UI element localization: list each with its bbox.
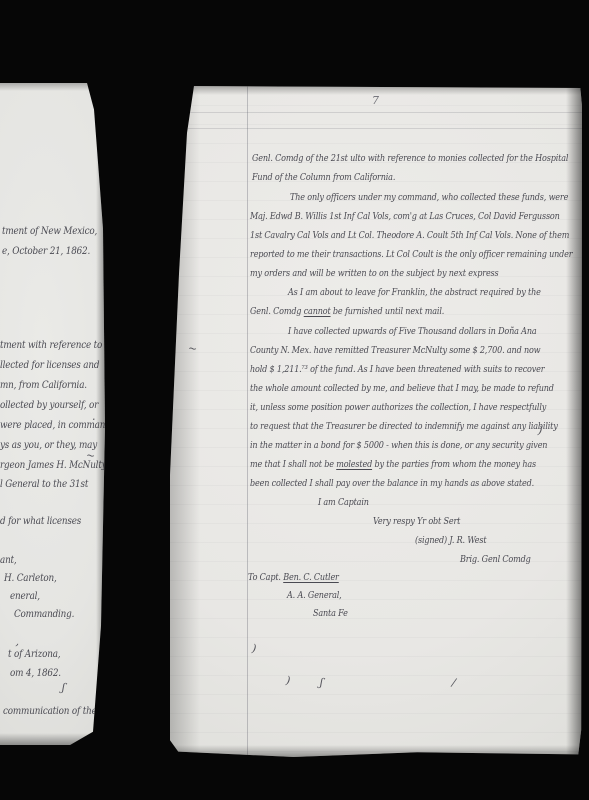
top-rule-line-2 [188,128,582,129]
handwritten-line: 1st Cavalry Cal Vols and Lt Col. Theodor… [250,230,569,241]
ink-mark: ʃ [319,676,324,689]
handwritten-line: Genl. Comdg of the 21st ulto with refere… [252,153,568,164]
ink-mark: / [451,676,456,689]
handwritten-fragment: llected for licenses and [0,360,99,371]
handwritten-line: to request that the Treasurer be directe… [250,421,558,432]
handwritten-line: my orders and will be written to on the … [250,268,499,279]
handwritten-line: the whole amount collected by me, and be… [250,383,554,394]
ink-mark: ~ [187,341,198,355]
right-page: 7 Genl. Comdg of the 21st ulto with refe… [170,86,582,757]
handwritten-fragment: tment of New Mexico, [2,226,97,237]
handwritten-fragment: eneral, [10,591,40,602]
handwritten-fragment: ant, [0,555,17,566]
handwritten-fragment: communication of the [3,706,97,717]
handwritten-line: Genl. Comdg cannot be furnished until ne… [250,306,444,317]
left-page: tment of New Mexico,e, October 21, 1862.… [0,83,106,745]
handwritten-line: Maj. Edwd B. Willis 1st Inf Cal Vols, co… [250,211,560,222]
handwritten-line: it, unless some position power authorize… [250,402,546,413]
ink-mark: ʃ [61,681,66,694]
handwritten-line: reported to me their transactions. Lt Co… [250,249,572,260]
ink-mark: , [15,635,20,648]
handwritten-line: A. A. General, [287,590,342,601]
handwritten-line: Brig. Genl Comdg [460,554,531,565]
handwritten-fragment: mn, from California. [0,380,87,391]
handwritten-line: The only officers under my command, who … [290,192,568,203]
handwritten-fragment: e, October 21, 1862. [2,246,90,257]
ink-mark: ) [251,642,257,655]
handwritten-fragment: Commanding. [14,609,74,620]
handwritten-line: To Capt. Ben. C. Cutler [248,572,339,583]
handwritten-line: hold $ 1,211.⁷³ of the fund. As I have b… [250,364,544,375]
handwritten-line: Fund of the Column from California. [252,172,395,183]
ink-mark: ) [285,674,291,687]
handwritten-fragment: d for what licenses [0,516,81,527]
handwritten-line: County N. Mex. have remitted Treasurer M… [250,345,540,356]
handwritten-line: I am Captain [318,497,369,508]
handwritten-fragment: om 4, 1862. [10,668,61,679]
page-number: 7 [372,94,379,107]
handwritten-line: As I am about to leave for Franklin, the… [288,287,541,298]
handwritten-fragment: H. Carleton, [4,573,57,584]
ink-mark: ~ [85,448,96,462]
handwritten-line: been collected I shall pay over the bala… [250,478,534,489]
ink-mark: ) [537,424,543,437]
handwritten-fragment: l General to the 31st [0,479,88,490]
handwritten-line: Santa Fe [313,608,348,619]
handwritten-line: (signed) J. R. West [415,535,486,546]
handwritten-line: in the matter in a bond for $ 5000 - whe… [250,440,547,451]
top-rule-line-1 [190,112,582,113]
scanned-document-photo: { "scene": { "background_color": "#06060… [0,0,589,800]
handwritten-fragment: tment with reference to [0,340,102,351]
margin-rule-line [247,86,248,757]
handwritten-fragment: ys as you, or they, may [0,440,97,451]
handwritten-line: me that I shall not be molested by the p… [250,459,536,470]
handwritten-fragment: t of Arizona, [8,649,60,660]
handwritten-line: I have collected upwards of Five Thousan… [288,326,537,337]
handwritten-line: Very respy Yr obt Sert [373,516,460,527]
handwritten-fragment: ollected by yourself, or [0,400,98,411]
